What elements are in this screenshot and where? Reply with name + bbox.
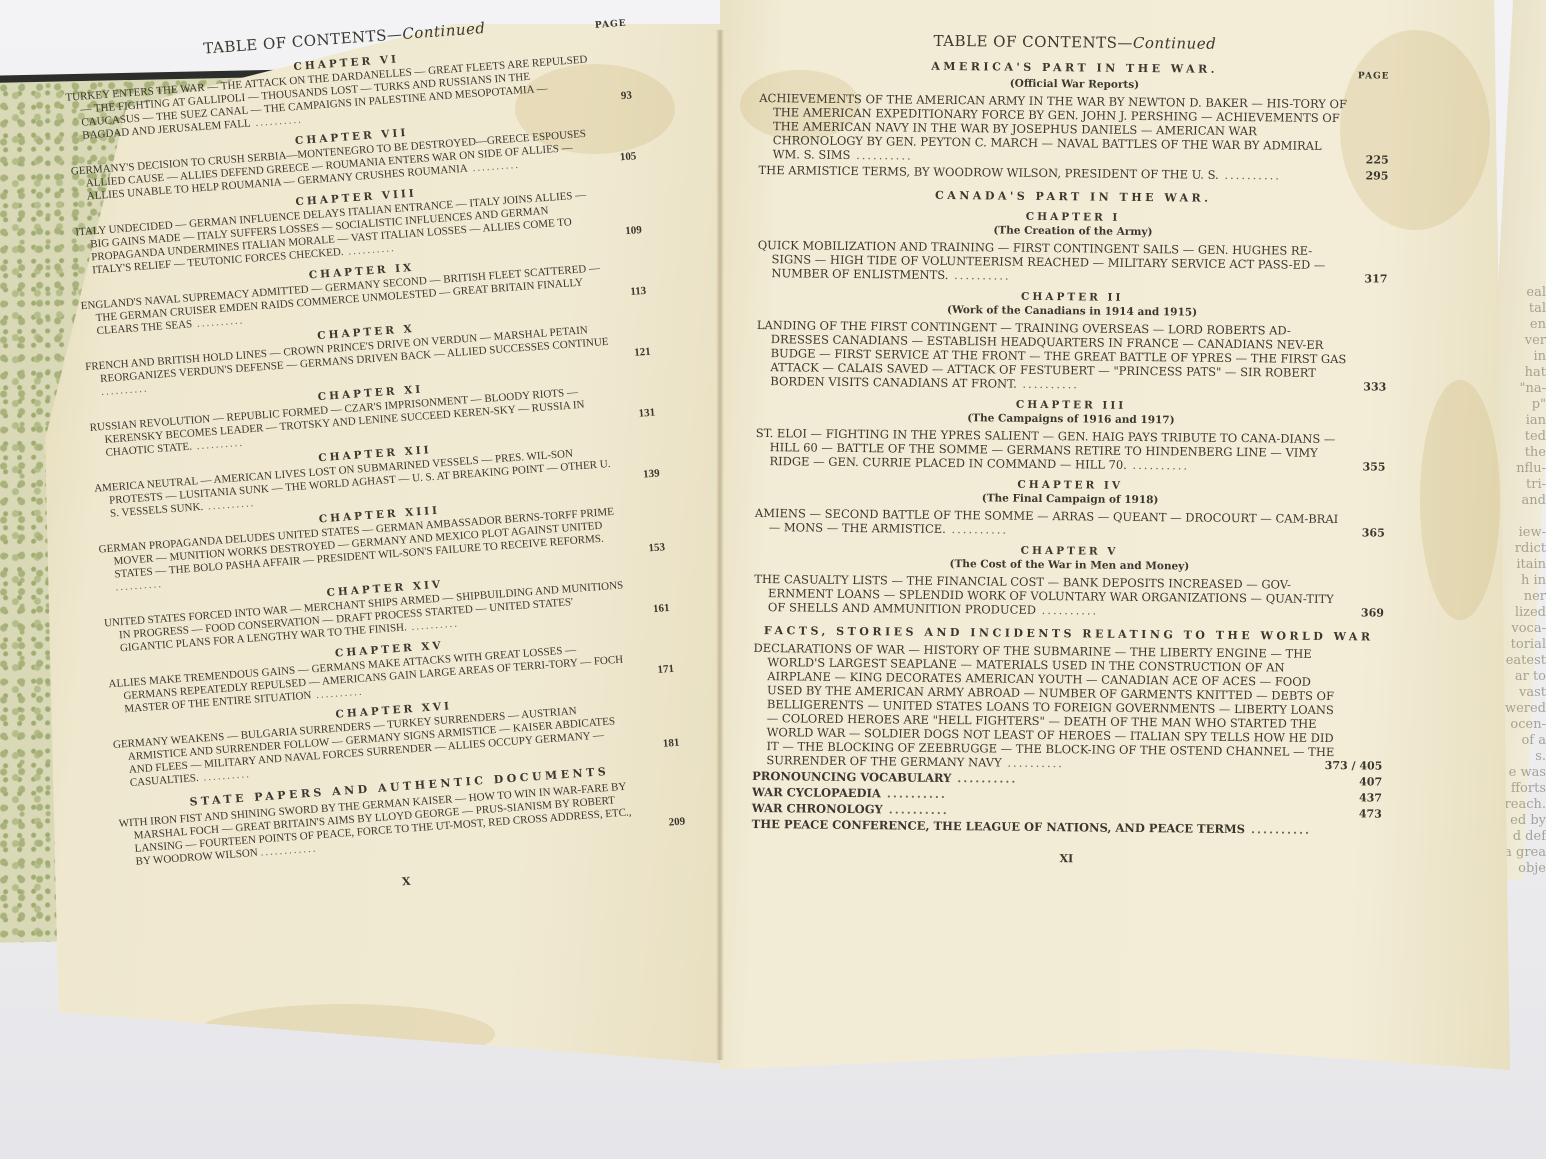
leader-dots: .......... <box>250 114 303 130</box>
entry-page-number: 407 <box>1359 775 1382 789</box>
entry-page-number: 209 <box>668 815 685 829</box>
left-page-toc: TABLE OF CONTENTS—Continued PAGE CHAPTER… <box>62 9 689 909</box>
back-matter-list: PRONOUNCING VOCABULARY ..........407WAR … <box>752 769 1383 838</box>
entry-page-number: 153 <box>648 541 665 555</box>
book-gutter <box>716 30 724 1060</box>
leader-dots: .......... <box>1219 168 1281 183</box>
facts-heading: FACTS, STORIES AND INCIDENTS RELATING TO… <box>754 624 1384 644</box>
entry-text: WAR CYCLOPAEDIA <box>752 785 881 800</box>
toc-entry[interactable]: LANDING OF THE FIRST CONTINGENT — TRAINI… <box>756 318 1387 395</box>
leader-dots: .......... <box>115 578 163 593</box>
right-page-toc: TABLE OF CONTENTS—Continued AMERICA'S PA… <box>751 30 1390 869</box>
entry-page-number: 113 <box>630 285 647 299</box>
leader-dots: .......... <box>951 771 1017 786</box>
entry-page-number: 121 <box>634 346 651 360</box>
water-stain <box>1420 380 1500 620</box>
leader-dots: .......... <box>311 686 364 702</box>
canada-chapter-list: CHAPTER I(The Creation of the Army)QUICK… <box>754 208 1388 621</box>
left-chapter-list: CHAPTER VITURKEY ENTERS THE WAR — THE AT… <box>64 37 680 791</box>
entry-page-number: 93 <box>620 89 632 103</box>
leader-dots: .......... <box>406 617 459 633</box>
leader-dots: .......... <box>948 268 1010 283</box>
entry-page-number: 171 <box>657 663 674 677</box>
leader-dots: .......... <box>1127 458 1189 473</box>
toc-entry[interactable]: QUICK MOBILIZATION AND TRAINING — FIRST … <box>757 238 1387 287</box>
entry-page-number: 365 <box>1362 526 1385 540</box>
entry-page-number: 161 <box>653 602 670 616</box>
entry-page-number: 369 <box>1361 606 1384 620</box>
facts-entry-list: DECLARATIONS OF WAR — HISTORY OF THE SUB… <box>752 641 1383 774</box>
leader-dots: .......... <box>343 242 396 258</box>
entry-page-number: 317 <box>1364 272 1387 286</box>
leader-dots: .......... <box>946 522 1008 537</box>
canada-heading: CANADA'S PART IN THE WAR. <box>758 187 1388 207</box>
entry-text: THE PEACE CONFERENCE, THE LEAGUE OF NATI… <box>752 817 1245 836</box>
toc-title-text: TABLE OF CONTENTS <box>933 32 1117 52</box>
leader-dots: .......... <box>101 383 149 398</box>
entry-text: DECLARATIONS OF WAR — HISTORY OF THE SUB… <box>753 641 1334 770</box>
entry-page-number: 131 <box>638 407 655 421</box>
entry-page-number: 181 <box>662 737 679 751</box>
entry-page-number: 225 <box>1366 153 1389 167</box>
leader-dots: .......... <box>1017 377 1079 392</box>
entry-text: AMIENS — SECOND BATTLE OF THE SOMME — AR… <box>755 506 1338 536</box>
entry-page-number: 109 <box>625 224 642 238</box>
toc-title-suffix: —Continued <box>386 19 486 44</box>
entry-page-number: 333 <box>1363 380 1386 394</box>
leader-dots: .......... <box>192 314 245 330</box>
entry-page-number: 139 <box>643 467 660 481</box>
entry-text: ACHIEVEMENTS OF THE AMERICAN ARMY IN THE… <box>759 91 1347 162</box>
leader-dots: .......... <box>1245 822 1311 837</box>
toc-entry[interactable]: ST. ELOI — FIGHTING IN THE YPRES SALIENT… <box>755 426 1385 475</box>
entry-text: ST. ELOI — FIGHTING IN THE YPRES SALIENT… <box>756 426 1336 472</box>
entry-page-number: 105 <box>619 150 636 164</box>
toc-entry[interactable]: ACHIEVEMENTS OF THE AMERICAN ARMY IN THE… <box>759 91 1390 168</box>
entry-page-number: 295 <box>1365 169 1388 183</box>
entry-page-number: 473 <box>1359 807 1382 821</box>
toc-title-suffix: —Continued <box>1117 34 1216 53</box>
leader-dots: .......... <box>203 497 256 513</box>
entry-text: WAR CHRONOLOGY <box>752 801 883 816</box>
leader-dots: .......... <box>1036 603 1098 618</box>
america-entry-list: ACHIEVEMENTS OF THE AMERICAN ARMY IN THE… <box>758 91 1389 184</box>
leader-dots: .......... <box>881 786 947 801</box>
toc-entry[interactable]: AMIENS — SECOND BATTLE OF THE SOMME — AR… <box>755 506 1385 541</box>
leader-dots: .......... <box>191 437 244 453</box>
leader-dots: .......... <box>1002 756 1064 771</box>
leader-dots: .......... <box>198 768 251 784</box>
entry-page-number: 355 <box>1362 460 1385 474</box>
entry-page-number: 437 <box>1359 791 1382 805</box>
entry-text: THE ARMISTICE TERMS, BY WOODROW WILSON, … <box>758 163 1218 182</box>
leader-dots: .......... <box>467 159 520 175</box>
entry-text: QUICK MOBILIZATION AND TRAINING — FIRST … <box>758 238 1326 282</box>
entry-page-number: 373 / 405 <box>1325 759 1383 774</box>
entry-text: PRONOUNCING VOCABULARY <box>752 769 951 785</box>
toc-entry[interactable]: DECLARATIONS OF WAR — HISTORY OF THE SUB… <box>752 641 1383 774</box>
leader-dots: .......... <box>883 802 949 817</box>
toc-entry[interactable]: THE CASUALTY LISTS — THE FINANCIAL COST … <box>754 572 1384 621</box>
leader-dots: .......... <box>850 148 912 163</box>
